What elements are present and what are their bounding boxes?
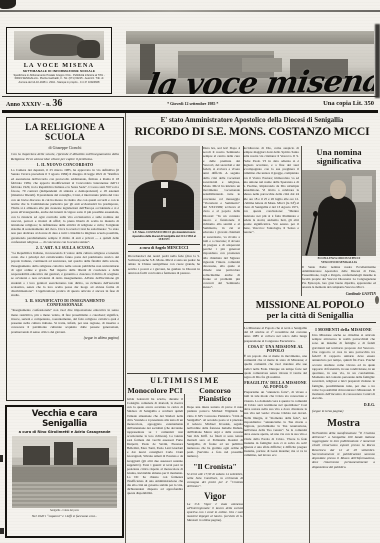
newspaper-page: LA VOCE MISENA SETTIMANALE DI INFORMAZIO… (0, 0, 380, 543)
article-text: Il Santo Padre nomina nostro Eccellentis… (302, 266, 376, 290)
issue-number: 36 (52, 98, 62, 109)
article-religione: LA RELIGIONE A SCUOLA di Giuseppe Cionch… (6, 117, 124, 401)
article-vigor: Vigor La U.S. Vigor è stata ammessa all'… (187, 491, 243, 522)
copy-price: Una copia Lit. 350 (323, 100, 374, 107)
scan-streak (375, 24, 380, 98)
section-heading: I MOMENTI della MISSIONE (312, 328, 375, 332)
article-title: LA RELIGIONE A SCUOLA (11, 123, 119, 143)
section-body: È un popolo che si mette in movimento, u… (244, 354, 307, 379)
scan-mark (0, 528, 4, 534)
article-missione: MISSIONE AL POPOLO per la città di Senig… (244, 300, 376, 543)
box-title: Vecchia e cara Senigallia (10, 409, 119, 429)
foliage-shape (77, 40, 100, 59)
continuation-note: (segue in ultima pagina) (11, 336, 119, 340)
box-mostra: Mostra Nell'ambito della manifestazione … (312, 418, 375, 470)
panorama-road (126, 31, 374, 44)
main-headline: RICORDO DI S.E. MONS. COSTANZO MICCI (127, 125, 377, 138)
scan-blob (0, 0, 16, 9)
photo-background-panel (352, 176, 372, 202)
photo-caption: ECCELLENZA ODO FUSI PECCI (302, 257, 376, 261)
scan-line (0, 10, 380, 12)
issue-info-bar: Anno XXXIV - n. 36 * Giovedì 12 settembr… (2, 96, 378, 113)
article-text: La U.S. Vigor è stata ammessa all'Interr… (187, 502, 243, 522)
portrait-collar (161, 182, 168, 188)
section-heading: 1. IL NUOVO CONCORDATO (11, 163, 119, 167)
article-byline: di Giuseppe Cionchi (11, 145, 119, 150)
photo-seawall (12, 465, 117, 482)
masthead-box-title: LA VOCE MISENA (10, 62, 108, 69)
microphone-icon (305, 216, 317, 255)
section-heading: 2. L'ART. 9.2 SULLA SCUOLA (11, 246, 119, 250)
photo-caption: Senigallia - Calata del porto (10, 509, 119, 512)
article-concorso: Concorso Pianistico Dopo una intera torn… (187, 387, 243, 459)
missione-column-right: I MOMENTI della MISSIONE Una Missione an… (312, 326, 375, 469)
section-body: La Camera dei deputati, il 25 marzo 1985… (11, 168, 119, 244)
article-monocolore: Monocolore PCI Gilda Galavotti ha sciolt… (127, 386, 183, 522)
section-body: “La Repubblica Italiana, riconoscendo il… (11, 251, 119, 297)
article-kicker: E' stato Amministratore Apostolico della… (128, 116, 376, 124)
continuation-note: (segue in terza pagina) (312, 409, 375, 413)
article-title: Mostra (312, 418, 375, 429)
article-text: Gilda Galavotti ha sciolto, durante il C… (127, 397, 183, 495)
section-heading: FRAGILITA' DELLA MISSIONE AL POPOLO (244, 381, 307, 389)
ultimissime-columns: Monocolore PCI Gilda Galavotti ha sciolt… (127, 386, 243, 522)
photo-building (54, 442, 73, 465)
article-title: Vigor (187, 491, 243, 501)
article-text: Ricordandoci dei nostri padri nella fede… (128, 254, 200, 275)
article-intro: Con la riapertura delle scuole, riprende… (11, 152, 119, 161)
missione-column-left: La Missione al Popolo che si terrà a Sen… (244, 326, 307, 469)
curator-credit: a cura di Angelo MENCUCCI (128, 244, 200, 252)
article-text: Arcidiacono di Dio, come auspicio di sem… (243, 146, 299, 296)
article-title: Concorso Pianistico (187, 387, 243, 403)
article-text: La Missione al Popolo che si terrà a Sen… (244, 326, 307, 343)
section-body: Prepariamo un “annuncio forte”, di viver… (244, 390, 307, 458)
issue-text: Anno XXXIV - n. (6, 102, 51, 108)
missione-columns: La Missione al Popolo che si terrà a Sen… (244, 326, 376, 469)
portrait-face (330, 180, 346, 199)
photo-building (77, 448, 109, 465)
micci-photo (128, 146, 200, 230)
curator-credit: a cura di Rino Girolimetti e Adrio Casag… (10, 430, 119, 434)
section-header: ULTIMISSIME (127, 376, 243, 385)
masthead-photo: la voce misena (126, 31, 374, 94)
fusi-pecci-photo (302, 170, 376, 256)
column-rule (125, 113, 126, 543)
section-body: “Insegnamento confessionale” non vuol di… (11, 308, 119, 333)
section-body: Una Missione anche se cittadina si artic… (312, 333, 375, 401)
harbour-photo (12, 436, 117, 508)
article-title: Monocolore PCI (127, 387, 183, 395)
article-text: Dopo una intera tornata di prove il noto… (187, 405, 243, 458)
photo-caption: S.E. Mons. COSTANZO MICCI già Amministra… (128, 231, 200, 242)
article-signature: D.E.G. (312, 403, 375, 407)
issue-date: * Giovedì 12 settembre 1985 * (167, 101, 218, 106)
section-rule (127, 373, 243, 374)
article-text: Si terrà alle 17,30 di sabato 14 settemb… (187, 472, 243, 488)
masthead-box-photo (14, 31, 104, 60)
box-vecchia-senigallia: Vecchia e cara Senigallia a cura di Rino… (5, 405, 124, 538)
article-text: Dura lex, sed lex! Dopo 4 secoli il nost… (203, 146, 240, 372)
section-heading: 3. IL SIGNIFICATO DI INSEGNAMENTO CONFES… (11, 299, 119, 307)
pectoral-cross (163, 198, 166, 207)
masthead-box-details: Spedizione in Abbonamento Postale Gruppo… (10, 74, 108, 84)
masthead-box-subtitle: SETTIMANALE DI INFORMAZIONE SOCIALE (10, 69, 108, 73)
microphone-head (313, 211, 318, 217)
article-subtitle: per la città di Senigallia (244, 310, 376, 323)
issue-label: Anno XXXIV - n. 36 (6, 98, 62, 109)
ultimissime-right-column: Concorso Pianistico Dopo una intera torn… (187, 386, 243, 522)
article-cronista: "Il Cronista" Si terrà alle 17,30 di sab… (187, 462, 243, 488)
article-signature: Cardinale GANTIN (302, 292, 376, 296)
ricordo-photo-column: S.E. Mons. COSTANZO MICCI già Amministra… (128, 146, 200, 372)
photo-subcaption: Nel 1920 i “capanni” e i tuffi si faceva… (10, 514, 119, 518)
article-title: "Il Cronista" (187, 462, 243, 471)
section-ultimissime: ULTIMISSIME Monocolore PCI Gilda Galavot… (127, 376, 243, 543)
portrait-figure (318, 196, 356, 256)
section-heading: COSA E' UNA MISSIONE AL POPOLO (244, 345, 307, 353)
article-title: Una nomina significativa (302, 148, 376, 167)
article-text: Nell'ambito della manifestazione “Il Cro… (312, 431, 375, 470)
scan-mark (0, 455, 3, 462)
masthead-info-box: LA VOCE MISENA SETTIMANALE DI INFORMAZIO… (6, 27, 112, 94)
photo-water (12, 482, 117, 508)
photo-building (23, 446, 50, 465)
newspaper-logo: la voce misena (145, 64, 374, 94)
